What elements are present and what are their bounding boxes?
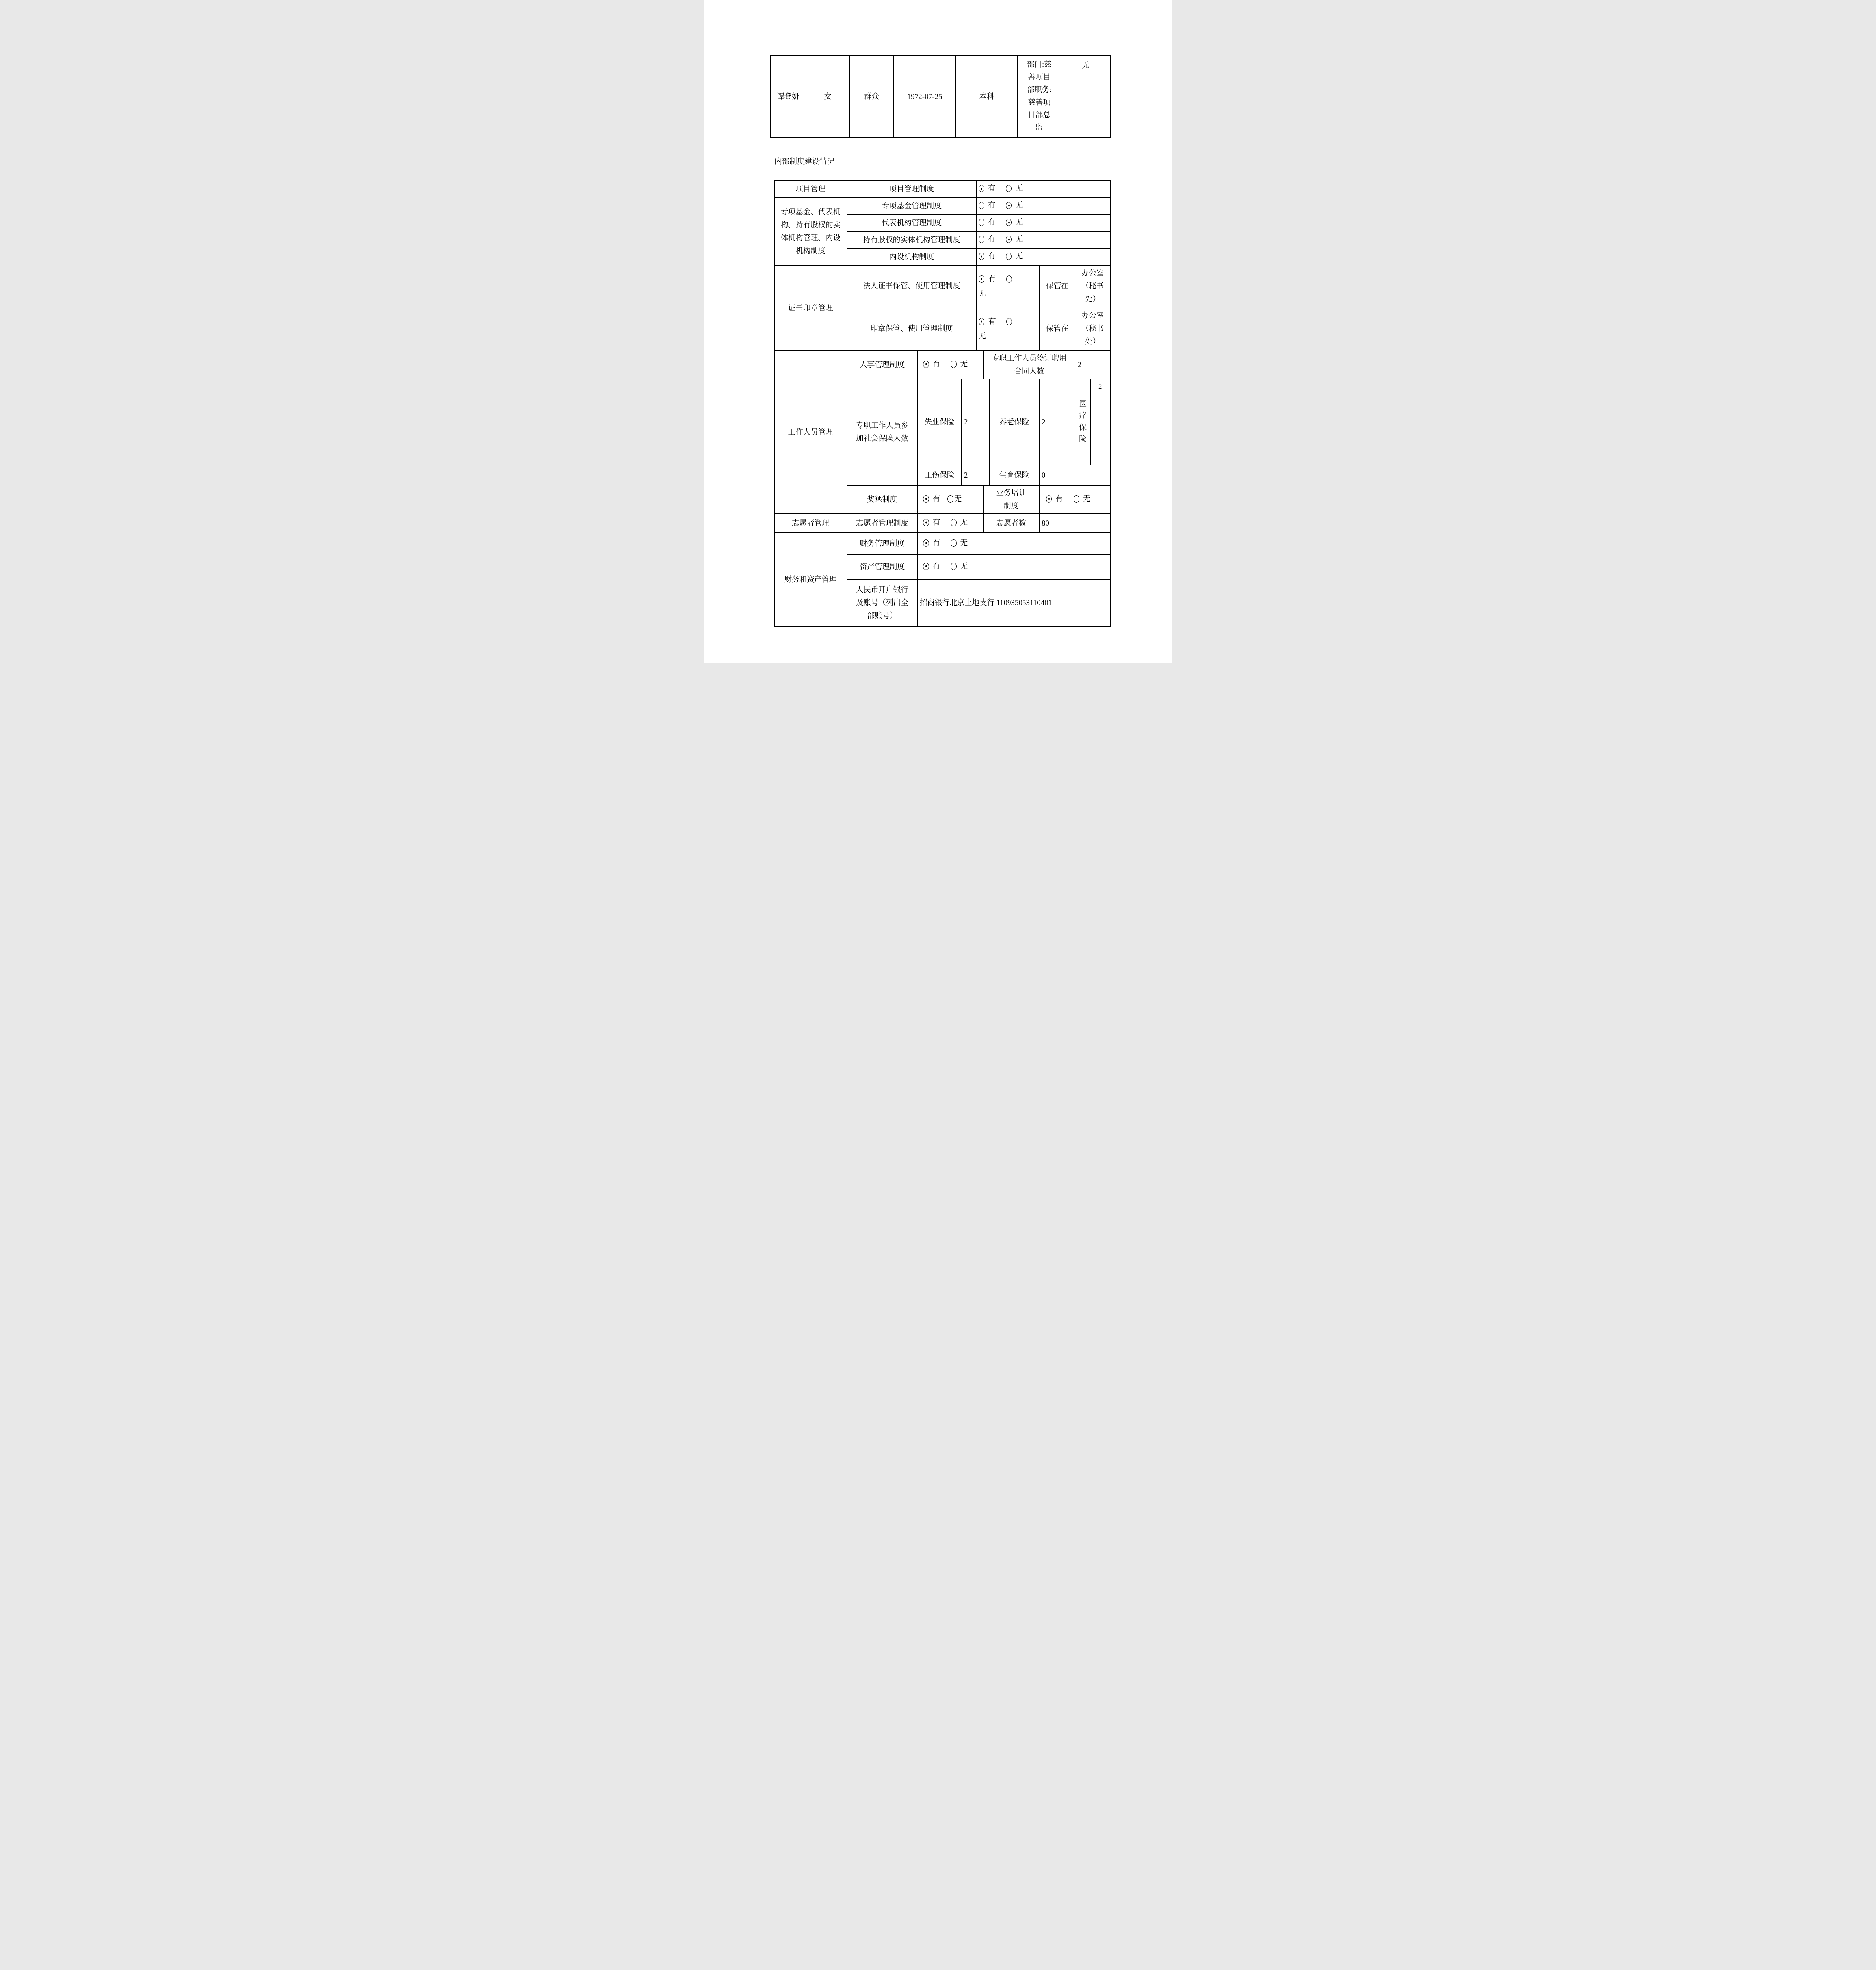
table-row: 证书印章管理 法人证书保管、使用管理制度 有 无 保管在 办公室（秘书处） [774, 266, 1110, 307]
radio-unselected-icon[interactable] [979, 236, 984, 243]
injury-label: 工伤保险 [925, 471, 955, 479]
radio-label-no: 无 [1015, 199, 1023, 212]
radio-label-yes: 有 [932, 560, 940, 573]
radio-unselected-icon[interactable] [1006, 253, 1012, 260]
member-gender-cell: 女 [806, 56, 850, 138]
volunteer-count-value: 80 [1042, 519, 1049, 528]
cell-injury-label: 工伤保险 [917, 465, 962, 485]
cell-contract-value: 2 [1075, 351, 1110, 379]
volunteer-category-label: 志愿者管理 [792, 519, 829, 528]
radio-label-yes: 有 [988, 273, 996, 286]
member-gender: 女 [824, 93, 832, 101]
radio-selected-icon[interactable] [979, 253, 984, 260]
medical-label: 医疗保险 [1079, 400, 1087, 444]
contract-label: 专职工作人员签订聘用合同人数 [990, 352, 1068, 378]
cell-social-label: 专职工作人员参加社会保险人数 [847, 379, 917, 485]
member-department-position: 部门:慈善项目部职务:慈善项目部总监 [1027, 61, 1051, 132]
radio-label-yes: 有 [932, 358, 940, 371]
finance-item-label: 财务管理制度 [860, 540, 905, 548]
member-remark: 无 [1082, 61, 1089, 70]
cell-hr-item: 人事管理制度 [847, 351, 917, 379]
radio-unselected-icon[interactable] [1006, 185, 1012, 192]
cell-contract-label: 专职工作人员签订聘用合同人数 [983, 351, 1075, 379]
member-birthday: 1972-07-25 [907, 93, 942, 101]
cell-equity-item: 持有股权的实体机构管理制度 [847, 232, 976, 249]
section-title: 内部制度建设情况 [775, 157, 834, 167]
radio-group-equity: 有 无 [976, 232, 1110, 249]
radio-label-no: 无 [1015, 233, 1023, 246]
radio-label-no: 无 [1083, 492, 1090, 506]
cell-volunteer-item: 志愿者管理制度 [847, 514, 917, 533]
seal-item-label: 印章保管、使用管理制度 [870, 325, 953, 333]
cell-rep-item: 代表机构管理制度 [847, 215, 976, 232]
project-category-label: 项目管理 [796, 185, 826, 193]
radio-label-yes: 有 [988, 182, 996, 195]
bank-value: 招商银行北京上地支行 110935053110401 [919, 599, 1052, 607]
cell-unemployment-value: 2 [962, 379, 989, 465]
cell-fund-item: 专项基金管理制度 [847, 198, 976, 215]
maternity-label: 生育保险 [999, 471, 1029, 479]
kept-place: 办公室（秘书处） [1079, 267, 1107, 306]
injury-value: 2 [964, 471, 968, 479]
member-politics: 群众 [864, 93, 879, 101]
table-row: 专项基金、代表机构、持有股权的实体机构管理、内设机构制度 专项基金管理制度 有 … [774, 198, 1110, 215]
radio-label-no: 无 [960, 537, 968, 550]
cell-group-category: 专项基金、代表机构、持有股权的实体机构管理、内设机构制度 [774, 198, 847, 266]
radio-group-internal: 有 无 [976, 249, 1110, 266]
cell-cert-kept-label: 保管在 [1039, 266, 1075, 307]
member-name-cell: 谭黎妍 [770, 56, 806, 138]
cell-volunteer-count: 80 [1039, 514, 1110, 533]
table-row: 谭黎妍 女 群众 1972-07-25 本科 部门:慈善项目部职务:慈善项目部总… [770, 56, 1110, 138]
kept-label: 保管在 [1046, 282, 1068, 290]
radio-unselected-icon[interactable] [1006, 318, 1012, 325]
radio-label-yes: 有 [988, 216, 996, 229]
radio-label-no: 无 [954, 492, 962, 506]
cell-pension-label: 养老保险 [989, 379, 1039, 465]
radio-selected-icon[interactable] [1006, 236, 1012, 243]
cell-medical-label: 医疗保险 [1075, 379, 1090, 465]
radio-label-yes: 有 [932, 516, 940, 529]
cell-cert-category: 证书印章管理 [774, 266, 847, 351]
institution-table: 项目管理 项目管理制度 有 无 专项基金、代表机构、持有股权的实体机构管理、内设… [774, 180, 1111, 627]
internal-item-label: 内设机构制度 [889, 253, 934, 261]
volunteer-count-label: 志愿者数 [996, 519, 1026, 528]
hr-item-label: 人事管理制度 [860, 361, 905, 369]
radio-label-no: 无 [1015, 182, 1023, 195]
radio-unselected-icon[interactable] [951, 519, 957, 526]
social-label: 专职工作人员参加社会保险人数 [854, 419, 910, 445]
radio-selected-icon[interactable] [1046, 495, 1052, 503]
group-category-label: 专项基金、代表机构、持有股权的实体机构管理、内设机构制度 [778, 206, 843, 258]
radio-label-no: 无 [1015, 250, 1023, 263]
radio-label-no: 无 [979, 332, 986, 340]
radio-selected-icon[interactable] [1006, 219, 1012, 226]
radio-group-hr: 有 无 [917, 351, 983, 379]
member-table: 谭黎妍 女 群众 1972-07-25 本科 部门:慈善项目部职务:慈善项目部总… [770, 55, 1111, 138]
radio-label-yes: 有 [932, 492, 940, 506]
radio-group-volunteer: 有 无 [917, 514, 983, 533]
kept-place: 办公室（秘书处） [1079, 309, 1107, 348]
radio-label-yes: 有 [1055, 492, 1063, 506]
staff-category-label: 工作人员管理 [788, 428, 833, 437]
radio-unselected-icon[interactable] [951, 361, 957, 368]
member-education: 本科 [979, 93, 994, 101]
cell-reward-item: 奖惩制度 [847, 485, 917, 514]
reward-item-label: 奖惩制度 [867, 496, 897, 504]
cell-injury-value: 2 [962, 465, 989, 485]
radio-label-yes: 有 [988, 315, 996, 328]
radio-selected-icon[interactable] [1006, 202, 1012, 209]
cell-staff-category: 工作人员管理 [774, 351, 847, 514]
member-birthday-cell: 1972-07-25 [893, 56, 956, 138]
pension-label: 养老保险 [999, 418, 1029, 426]
radio-selected-icon[interactable] [979, 275, 984, 283]
cell-maternity-value: 0 [1039, 465, 1110, 485]
radio-unselected-icon[interactable] [1006, 275, 1012, 283]
cell-volunteer-category: 志愿者管理 [774, 514, 847, 533]
training-item-label: 业务培训制度 [994, 487, 1029, 513]
fund-item-label: 专项基金管理制度 [882, 202, 942, 210]
member-remark-cell: 无 [1061, 56, 1110, 138]
cell-medical-value: 2 [1090, 379, 1110, 465]
radio-unselected-icon[interactable] [1074, 495, 1079, 503]
radio-unselected-icon[interactable] [979, 202, 984, 209]
radio-group-project: 有 无 [976, 181, 1110, 198]
contract-value: 2 [1077, 361, 1081, 369]
unemployment-label: 失业保险 [925, 418, 955, 426]
radio-label-yes: 有 [988, 233, 996, 246]
radio-label-no: 无 [1015, 216, 1023, 229]
medical-value: 2 [1098, 383, 1102, 391]
member-politics-cell: 群众 [850, 56, 893, 138]
radio-label-yes: 有 [988, 199, 996, 212]
cell-cert-item: 法人证书保管、使用管理制度 [847, 266, 976, 307]
radio-group-reward: 有 无 [917, 485, 983, 514]
radio-selected-icon[interactable] [923, 519, 929, 526]
project-item-label: 项目管理制度 [889, 185, 934, 193]
radio-label-yes: 有 [988, 250, 996, 263]
radio-unselected-icon[interactable] [979, 219, 984, 226]
radio-group-seal: 有 无 [976, 307, 1039, 351]
radio-selected-icon[interactable] [923, 495, 929, 503]
member-name: 谭黎妍 [777, 93, 799, 101]
radio-unselected-icon[interactable] [947, 495, 953, 503]
cell-unemployment-label: 失业保险 [917, 379, 962, 465]
radio-label-no: 无 [960, 516, 968, 529]
equity-item-label: 持有股权的实体机构管理制度 [863, 236, 960, 244]
cell-cert-kept-place: 办公室（秘书处） [1075, 266, 1110, 307]
maternity-value: 0 [1042, 471, 1046, 479]
radio-label-yes: 有 [932, 537, 940, 550]
cell-seal-kept-place: 办公室（秘书处） [1075, 307, 1110, 351]
member-education-cell: 本科 [956, 56, 1018, 138]
radio-selected-icon[interactable] [923, 563, 929, 570]
radio-selected-icon[interactable] [979, 185, 984, 192]
table-row: 财务和资产管理 财务管理制度 有 无 [774, 533, 1110, 555]
volunteer-item-label: 志愿者管理制度 [856, 519, 908, 528]
radio-label-no: 无 [960, 358, 968, 371]
document-page: 谭黎妍 女 群众 1972-07-25 本科 部门:慈善项目部职务:慈善项目部总… [704, 0, 1172, 663]
radio-selected-icon[interactable] [923, 539, 929, 547]
table-row: 志愿者管理 志愿者管理制度 有 无 志愿者数 80 [774, 514, 1110, 533]
cell-training-item: 业务培训制度 [983, 485, 1039, 514]
cell-bank-label: 人民币开户银行及账号（列出全部账号） [847, 579, 917, 626]
cell-asset-item: 资产管理制度 [847, 555, 917, 579]
radio-unselected-icon[interactable] [951, 539, 957, 547]
bank-label: 人民币开户银行及账号（列出全部账号） [854, 584, 910, 623]
cell-seal-kept-label: 保管在 [1039, 307, 1075, 351]
cell-project-item: 项目管理制度 [847, 181, 976, 198]
radio-group-cert: 有 无 [976, 266, 1039, 307]
cell-maternity-label: 生育保险 [989, 465, 1039, 485]
asset-item-label: 资产管理制度 [860, 563, 905, 571]
radio-selected-icon[interactable] [923, 361, 929, 368]
rep-item-label: 代表机构管理制度 [882, 219, 942, 227]
cell-bank-value: 招商银行北京上地支行 110935053110401 [917, 579, 1110, 626]
radio-group-asset: 有 无 [917, 555, 1110, 579]
cert-item-label: 法人证书保管、使用管理制度 [863, 282, 960, 290]
kept-label: 保管在 [1046, 325, 1068, 333]
radio-unselected-icon[interactable] [951, 563, 957, 570]
cell-project-category: 项目管理 [774, 181, 847, 198]
table-row: 工作人员管理 人事管理制度 有 无 专职工作人员签订聘用合同人数 2 [774, 351, 1110, 379]
radio-group-rep: 有 无 [976, 215, 1110, 232]
unemployment-value: 2 [964, 418, 968, 426]
radio-group-finance: 有 无 [917, 533, 1110, 555]
radio-group-training: 有 无 [1039, 485, 1110, 514]
radio-label-no: 无 [979, 290, 986, 298]
radio-label-no: 无 [960, 560, 968, 573]
cell-finance-category: 财务和资产管理 [774, 533, 847, 626]
radio-group-fund: 有 无 [976, 198, 1110, 215]
table-row: 项目管理 项目管理制度 有 无 [774, 181, 1110, 198]
finance-category-label: 财务和资产管理 [784, 576, 837, 584]
cell-volunteer-count-label: 志愿者数 [983, 514, 1039, 533]
cell-internal-item: 内设机构制度 [847, 249, 976, 266]
radio-selected-icon[interactable] [979, 318, 984, 325]
pension-value: 2 [1042, 418, 1046, 426]
cell-seal-item: 印章保管、使用管理制度 [847, 307, 976, 351]
cell-finance-item: 财务管理制度 [847, 533, 917, 555]
member-department-cell: 部门:慈善项目部职务:慈善项目部总监 [1018, 56, 1061, 138]
cert-category-label: 证书印章管理 [788, 304, 833, 312]
cell-pension-value: 2 [1039, 379, 1075, 465]
